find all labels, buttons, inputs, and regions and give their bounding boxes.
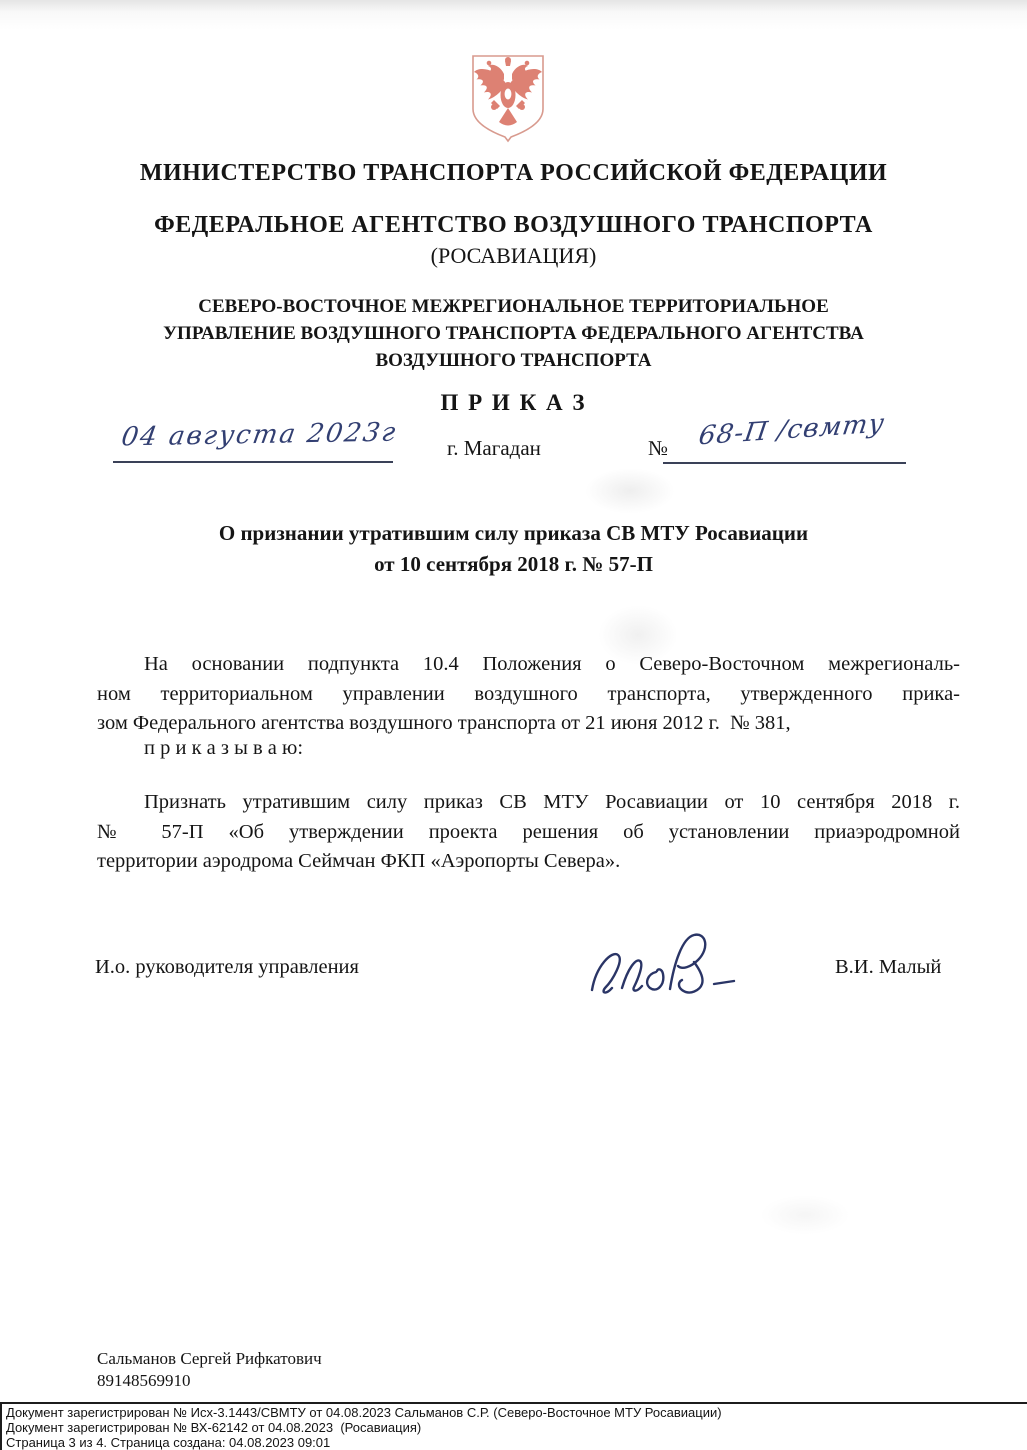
- paragraph-line: № 57-П «Об утверждении проекта решения о…: [97, 818, 960, 848]
- paragraph-line: ном территориальном управлении воздушног…: [97, 680, 960, 710]
- department-title-line: СЕВЕРО-ВОСТОЧНОЕ МЕЖРЕГИОНАЛЬНОЕ ТЕРРИТО…: [0, 293, 1027, 320]
- department-title: СЕВЕРО-ВОСТОЧНОЕ МЕЖРЕГИОНАЛЬНОЕ ТЕРРИТО…: [0, 293, 1027, 374]
- scan-artifact: [760, 1195, 850, 1235]
- registration-line: Страница 3 из 4. Страница создана: 04.08…: [6, 1436, 1023, 1450]
- paragraph-line: Признать утратившим силу приказ СВ МТУ Р…: [97, 788, 960, 818]
- number-underline: [663, 462, 906, 464]
- signer-position-title: И.о. руководителя управления: [95, 956, 359, 979]
- paragraph-line: На основании подпункта 10.4 Положения о …: [97, 650, 960, 680]
- handwritten-date: 04 августа 2023г: [119, 418, 399, 453]
- registration-line: Документ зарегистрирован № Исх-3.1443/СВ…: [6, 1406, 1023, 1421]
- executor-name: Сальманов Сергей Рифкатович: [97, 1348, 322, 1370]
- executor-phone: 89148569910: [97, 1370, 322, 1392]
- paragraph-line: зом Федерального агентства воздушного тр…: [97, 709, 960, 739]
- signer-name: В.И. Малый: [835, 956, 941, 979]
- department-title-line: ВОЗДУШНОГО ТРАНСПОРТА: [0, 347, 1027, 374]
- decree-word: п р и к а з ы в а ю:: [144, 737, 303, 760]
- ministry-title: МИНИСТЕРСТВО ТРАНСПОРТА РОССИЙСКОЙ ФЕДЕР…: [0, 160, 1027, 187]
- agency-title: ФЕДЕРАЛЬНОЕ АГЕНТСТВО ВОЗДУШНОГО ТРАНСПО…: [0, 212, 1027, 239]
- order-subject-line: от 10 сентября 2018 г. № 57-П: [0, 549, 1027, 580]
- registration-line: Документ зарегистрирован № ВХ-62142 от 0…: [6, 1421, 1023, 1436]
- city-label: г. Магадан: [447, 436, 541, 461]
- paragraph-line: территории аэродрома Сеймчан ФКП «Аэропо…: [97, 847, 960, 877]
- order-subject-title: О признании утратившим силу приказа СВ М…: [0, 518, 1027, 580]
- agency-short-title: (РОСАВИАЦИЯ): [0, 243, 1027, 269]
- russia-coat-of-arms-icon: [464, 52, 552, 144]
- executor-contact: Сальманов Сергей Рифкатович 89148569910: [97, 1348, 322, 1392]
- registration-stamp-box: Документ зарегистрирован № Исх-3.1443/СВ…: [0, 1402, 1027, 1450]
- document-page: МИНИСТЕРСТВО ТРАНСПОРТА РОССИЙСКОЙ ФЕДЕР…: [0, 0, 1027, 1450]
- body-paragraph-order: Признать утратившим силу приказ СВ МТУ Р…: [97, 788, 960, 877]
- scan-edge-shadow: [0, 0, 1027, 30]
- body-paragraph-basis: На основании подпункта 10.4 Положения о …: [97, 650, 960, 739]
- scan-artifact: [585, 468, 675, 514]
- department-title-line: УПРАВЛЕНИЕ ВОЗДУШНОГО ТРАНСПОРТА ФЕДЕРАЛ…: [0, 320, 1027, 347]
- number-label: №: [648, 436, 668, 461]
- handwritten-signature: [578, 922, 778, 1022]
- order-subject-line: О признании утратившим силу приказа СВ М…: [0, 518, 1027, 549]
- date-underline: [113, 461, 393, 463]
